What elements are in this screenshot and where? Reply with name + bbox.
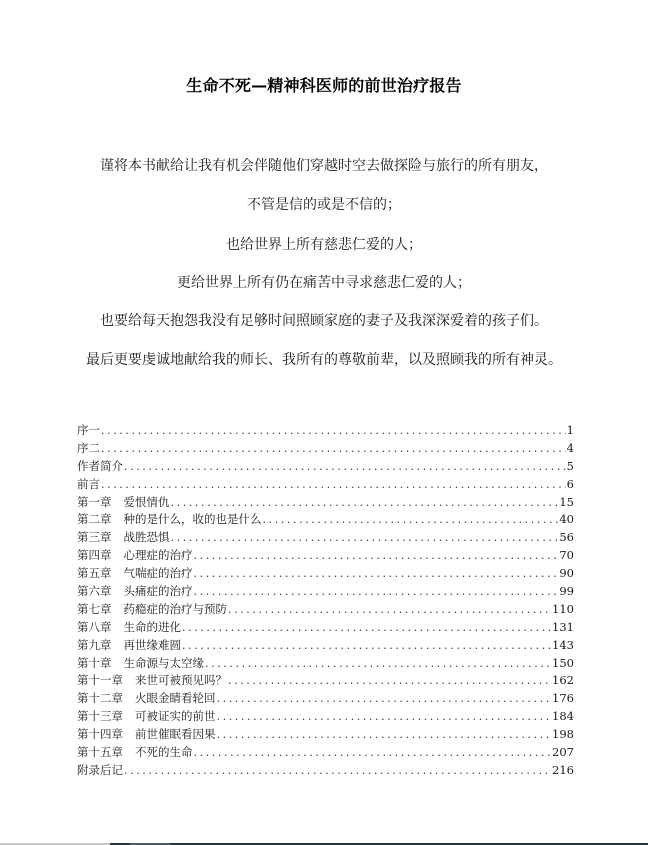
toc-page-number: 1	[566, 422, 574, 440]
toc-entry[interactable]: 第九章再世缘难圆 143	[77, 637, 574, 655]
toc-chapter: 第九章	[77, 637, 112, 655]
toc-page-number: 56	[558, 529, 574, 547]
toc-leader-dots	[228, 672, 551, 690]
dedication-line: 谨将本书献给让我有机会伴随他们穿越时空去做探险与旅行的所有朋友，	[0, 155, 648, 175]
toc-page-number: 15	[558, 494, 574, 512]
dedication-line: 最后更要虔诚地献给我的师长、我所有的尊敬前辈，以及照顾我的所有神灵。	[0, 349, 648, 369]
toc-leader-dots	[101, 476, 566, 494]
toc-chapter: 第八章	[77, 619, 112, 637]
toc-entry[interactable]: 第一章爱恨情仇 15	[77, 494, 574, 512]
toc-title: 种的是什么，收的也是什么	[124, 512, 262, 526]
toc-title: 前世催眠看因果	[135, 727, 216, 741]
toc-page-number: 207	[551, 744, 574, 762]
toc-entry[interactable]: 附录后记 216	[77, 762, 574, 780]
toc-entry[interactable]: 第三章战胜恐惧 56	[77, 529, 574, 547]
toc-leader-dots	[124, 762, 551, 780]
toc-chapter: 附录后记	[77, 762, 123, 780]
toc-leader-dots	[217, 690, 552, 708]
toc-entry[interactable]: 第七章药瘾症的治疗与预防 110	[77, 601, 574, 619]
toc-title: 不死的生命	[135, 745, 193, 759]
toc-chapter: 第十五章	[77, 744, 123, 762]
toc-page-number: 150	[551, 655, 574, 673]
toc-page-number: 162	[551, 672, 574, 690]
toc-page-number: 143	[551, 637, 574, 655]
document-page: 生命不死—精神科医师的前世治疗报告 谨将本书献给让我有机会伴随他们穿越时空去做探…	[0, 0, 648, 843]
toc-page-number: 5	[566, 458, 574, 476]
toc-leader-dots	[194, 583, 559, 601]
toc-title: 药瘾症的治疗与预防	[124, 602, 228, 616]
toc-entry[interactable]: 作者简介 5	[77, 458, 574, 476]
toc-chapter: 作者简介	[77, 458, 123, 476]
toc-chapter: 第二章	[77, 511, 112, 529]
toc-chapter: 第十一章	[77, 672, 123, 690]
toc-page-number: 198	[551, 726, 574, 744]
toc-entry[interactable]: 第二章种的是什么，收的也是什么 40	[77, 511, 574, 529]
toc-chapter: 第四章	[77, 547, 112, 565]
toc-title: 战胜恐惧	[124, 530, 170, 544]
toc-page-number: 131	[551, 619, 574, 637]
toc-entry[interactable]: 第十五章不死的生命 207	[77, 744, 574, 762]
toc-page-number: 184	[551, 708, 574, 726]
toc-page-number: 176	[551, 690, 574, 708]
toc-leader-dots	[194, 547, 559, 565]
toc-chapter: 第六章	[77, 583, 112, 601]
dedication-line: 更给世界上所有仍在痛苦中寻求慈悲仁爱的人；	[0, 272, 648, 292]
toc-title: 心理症的治疗	[124, 548, 193, 562]
toc-title: 气喘症的治疗	[124, 566, 193, 580]
toc-leader-dots	[205, 655, 551, 673]
toc-title: 来世可被预见吗？	[135, 673, 227, 687]
toc-page-number: 40	[558, 511, 574, 529]
toc-title: 可被证实的前世	[135, 709, 216, 723]
toc-leader-dots	[124, 458, 566, 476]
toc-chapter: 序二	[77, 440, 100, 458]
toc-leader-dots	[263, 511, 559, 529]
toc-leader-dots	[194, 744, 552, 762]
toc-title: 爱恨情仇	[124, 495, 170, 509]
dedication-line: 也给世界上所有慈悲仁爱的人；	[0, 234, 648, 254]
toc-chapter: 序一	[77, 422, 100, 440]
toc-page-number: 99	[558, 583, 574, 601]
toc-page-number: 216	[551, 762, 574, 780]
toc-entry[interactable]: 第十四章前世催眠看因果 198	[77, 726, 574, 744]
toc-entry[interactable]: 第十二章火眼金睛看轮回 176	[77, 690, 574, 708]
toc-entry[interactable]: 第八章生命的进化 131	[77, 619, 574, 637]
toc-leader-dots	[182, 637, 551, 655]
toc-leader-dots	[217, 726, 552, 744]
toc-leader-dots	[171, 529, 559, 547]
table-of-contents: 序一 1 序二 4 作者简介 5 前言 6 第一章爱恨情仇 15 第二章种的是什…	[77, 422, 574, 780]
toc-entry[interactable]: 第六章头痛症的治疗 99	[77, 583, 574, 601]
toc-title: 再世缘难圆	[124, 638, 182, 652]
toc-chapter: 第十三章	[77, 708, 123, 726]
toc-leader-dots	[194, 565, 559, 583]
toc-chapter: 第十二章	[77, 690, 123, 708]
toc-chapter: 第五章	[77, 565, 112, 583]
toc-page-number: 6	[566, 476, 574, 494]
toc-entry[interactable]: 第五章气喘症的治疗 90	[77, 565, 574, 583]
toc-leader-dots	[171, 494, 559, 512]
document-title: 生命不死—精神科医师的前世治疗报告	[0, 73, 648, 96]
toc-chapter: 第三章	[77, 529, 112, 547]
toc-entry[interactable]: 前言 6	[77, 476, 574, 494]
toc-leader-dots	[228, 601, 551, 619]
dedication-line: 不管是信的或是不信的；	[0, 194, 648, 214]
toc-entry[interactable]: 第十三章可被证实的前世 184	[77, 708, 574, 726]
toc-leader-dots	[217, 708, 552, 726]
toc-page-number: 110	[551, 601, 574, 619]
toc-page-number: 70	[558, 547, 574, 565]
toc-chapter: 第一章	[77, 494, 112, 512]
toc-chapter: 第十四章	[77, 726, 123, 744]
toc-entry[interactable]: 第十一章来世可被预见吗？ 162	[77, 672, 574, 690]
toc-title: 头痛症的治疗	[124, 584, 193, 598]
toc-title: 火眼金睛看轮回	[135, 691, 216, 705]
toc-leader-dots	[101, 440, 566, 458]
toc-page-number: 90	[558, 565, 574, 583]
dedication-line: 也要给每天抱怨我没有足够时间照顾家庭的妻子及我深深爱着的孩子们。	[0, 310, 648, 330]
toc-entry[interactable]: 第四章心理症的治疗 70	[77, 547, 574, 565]
toc-title: 生命源与太空缘	[124, 656, 205, 670]
toc-title: 生命的进化	[124, 620, 182, 634]
toc-leader-dots	[182, 619, 551, 637]
toc-chapter: 第十章	[77, 655, 112, 673]
toc-page-number: 4	[566, 440, 574, 458]
toc-entry[interactable]: 第十章生命源与太空缘 150	[77, 655, 574, 673]
toc-leader-dots	[101, 422, 566, 440]
toc-entry[interactable]: 序二 4	[77, 440, 574, 458]
toc-entry[interactable]: 序一 1	[77, 422, 574, 440]
toc-chapter: 第七章	[77, 601, 112, 619]
toc-chapter: 前言	[77, 476, 100, 494]
